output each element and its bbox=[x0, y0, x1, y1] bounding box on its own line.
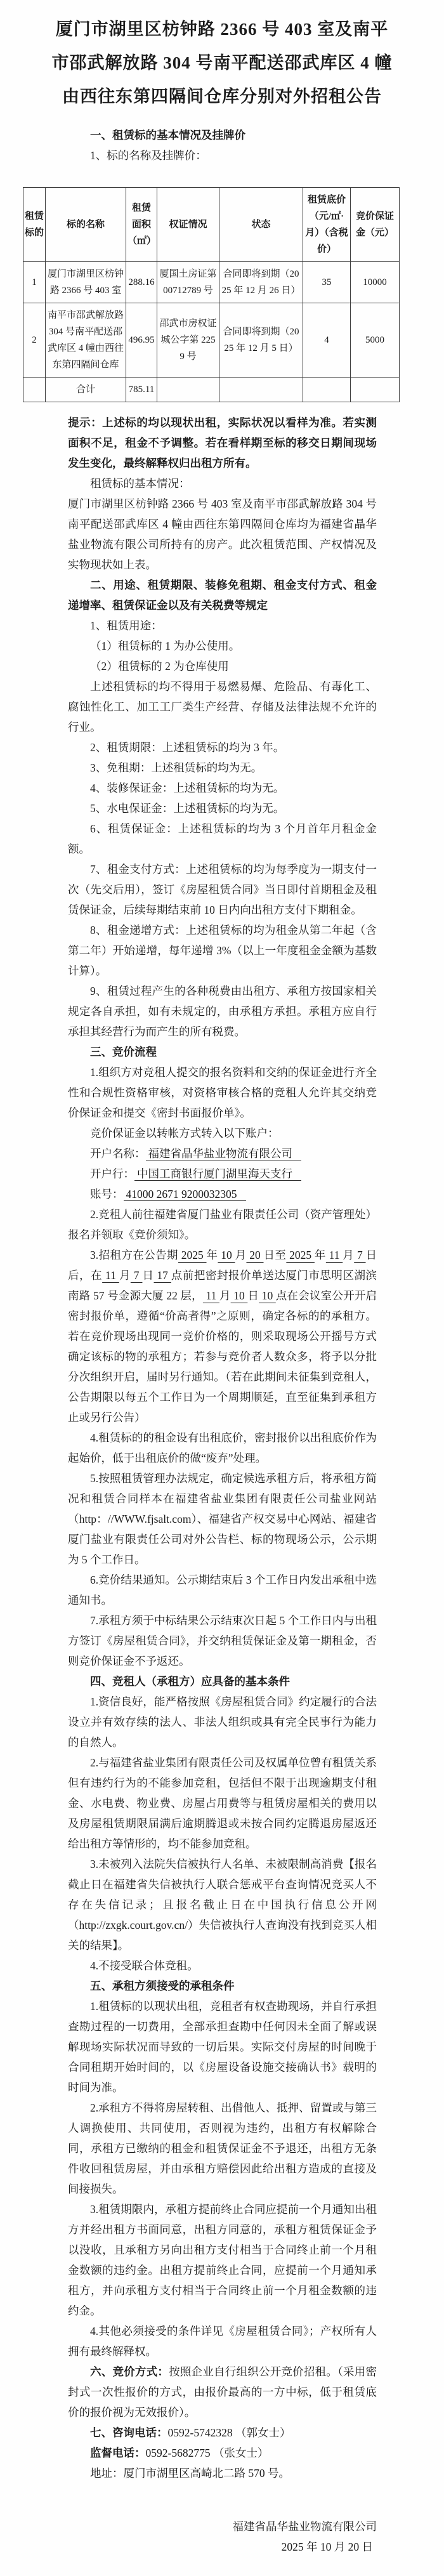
consult-phone-value: 0592-5742328 （郭女士） bbox=[168, 2426, 291, 2439]
para-qualification-review: 1.组织方对竞租人提交的报名资料和交纳的保证金进行齐全性和合规性资格审核，对资格… bbox=[68, 1062, 377, 1123]
section-5-heading: 五、承租方须接受的承租条件 bbox=[68, 1976, 377, 1996]
section-4-heading: 四、竞租人（承租方）应具备的基本条件 bbox=[68, 1671, 377, 1692]
cell-certificate: 邵武市房权证城公字第 2259 号 bbox=[157, 303, 219, 378]
para-lease-term: 2、租赁期限：上述租赁标的均为 3 年。 bbox=[68, 737, 377, 758]
para-breach-exclusion: 2.与福建省盐业集团有限责任公司及权属单位曾有租赁关系但有违约行为的不能参加竞租… bbox=[68, 1752, 377, 1854]
cell-base-rent: 35 bbox=[303, 262, 351, 303]
col-header-bid-deposit: 竞价保证金（元） bbox=[351, 188, 400, 262]
cell-target-no: 1 bbox=[23, 262, 46, 303]
col-header-target-name: 标的名称 bbox=[46, 188, 126, 262]
text-segment: 月 bbox=[219, 1289, 231, 1302]
col-header-status: 状态 bbox=[219, 188, 303, 262]
cell-empty bbox=[157, 378, 219, 402]
section-3-heading: 三、竞价流程 bbox=[68, 1042, 377, 1062]
col-header-base-rent: 租赁底价（元/㎡·月）（含税价） bbox=[303, 188, 351, 262]
table-header-row: 租赁标的 标的名称 租赁面积（㎡） 权证情况 状态 租赁底价（元/㎡·月）（含税… bbox=[23, 188, 400, 262]
para-announcement-period: 3.招租方在公告期 2025 年 10 月 20 日至 2025 年 11 月 … bbox=[68, 1245, 377, 1428]
section-1-heading: 一、租赁标的基本情况及挂牌价 bbox=[68, 125, 377, 145]
underlined-value: 10 bbox=[259, 1289, 276, 1302]
section-2-heading: 二、用途、租赁期限、装修免租期、租金支付方式、租金递增率、租赁保证金以及有关税费… bbox=[68, 575, 377, 615]
supervise-phone-value: 0592-5682775 （张女士） bbox=[146, 2447, 269, 2459]
table-row-target-1: 1 厦门市湖里区枋钟路 2366 号 403 室 288.16 厦国土房证第 0… bbox=[23, 262, 400, 303]
signature-date: 2025 年 10 月 20 日 bbox=[68, 2537, 377, 2557]
para-credit-requirement: 1.资信良好，能严格按照《房屋租赁合同》约定履行的合法设立并有效存续的法人、非法… bbox=[68, 1692, 377, 1752]
para-rent-free-period: 3、免租期：上述租赁标的均为无。 bbox=[68, 758, 377, 778]
address-value: 厦门市湖里区高崎北二路 570 号。 bbox=[124, 2467, 291, 2480]
announcement-document: 厦门市湖里区枋钟路 2366 号 403 室及南平 市邵武解放路 304 号南平… bbox=[0, 0, 444, 2576]
underlined-value: 7 bbox=[131, 1269, 143, 1282]
text-segment: 点在会议室公开开启密封报价单，遵循“价高者得”之原则，确定各标的的承租方。若在竞… bbox=[68, 1289, 377, 1424]
notice-paragraph: 提示：上述标的均以现状出租，实际状况以看样为准。若实测面积不足，租金不予调整。若… bbox=[68, 412, 377, 473]
basic-info-paragraph: 厦门市湖里区枋钟路 2366 号 403 室及南平市邵武解放路 304 号南平配… bbox=[68, 494, 377, 575]
cell-target-no: 2 bbox=[23, 303, 46, 378]
para-taxes: 9、租赁过程产生的各种税费由出租方、承租方按国家相关规定各自承担，如有未规定的，… bbox=[68, 981, 377, 1042]
cell-bid-deposit: 5000 bbox=[351, 303, 400, 378]
text-segment: 月 bbox=[235, 1249, 247, 1261]
para-use-target-1: （1）租赁标的 1 为办公使用。 bbox=[68, 636, 377, 656]
underlined-value: 20 bbox=[246, 1249, 263, 1261]
document-title: 厦门市湖里区枋钟路 2366 号 403 室及南平 市邵武解放路 304 号南平… bbox=[0, 13, 444, 114]
cell-status: 合同即将到期（2025 年 12 月 5 日） bbox=[219, 303, 303, 378]
account-name-line: 开户名称：福建省晶华盐业物流有限公司 bbox=[68, 1143, 377, 1164]
para-rent-payment: 7、租金支付方式：上述租赁标的均为每季度为一期支付一次（先交后用），签订《房屋租… bbox=[68, 859, 377, 920]
basic-info-label: 租赁标的基本情况： bbox=[68, 473, 377, 494]
table-row-target-2: 2 南平市邵武解放路 304 号南平配送邵武库区 4 幢由西往东第四隔间仓库 4… bbox=[23, 303, 400, 378]
cell-empty bbox=[219, 378, 303, 402]
para-rent-increase: 8、租金递增方式：上述租赁标的均为租金从第二年起（含第二年）开始递增，每年递增 … bbox=[68, 920, 377, 981]
supervise-phone-line: 监督电话：0592-5682775 （张女士） bbox=[68, 2443, 377, 2463]
table-row-total: 合计 785.11 bbox=[23, 378, 400, 402]
cell-total-label: 合计 bbox=[46, 378, 126, 402]
cell-certificate: 厦国土房证第 00712789 号 bbox=[157, 262, 219, 303]
lease-targets-table: 租赁标的 标的名称 租赁面积（㎡） 权证情况 状态 租赁底价（元/㎡·月）（含税… bbox=[23, 187, 400, 402]
para-no-sublease: 2.承租方不得将房屋转租、出借他人、抵押、留置或与第三人调换使用、共同使用，否则… bbox=[68, 2098, 377, 2199]
cell-total-area: 785.11 bbox=[126, 378, 157, 402]
para-no-consortium: 4.不接受联合体竞租。 bbox=[68, 1955, 377, 1976]
consult-phone-line: 七、咨询电话：0592-5742328 （郭女士） bbox=[68, 2422, 377, 2443]
section-6-paragraph: 六、竞价方式：按照企业自行组织公开竞价招租。（采用密封式一次性报价的方式，由报价… bbox=[68, 2362, 377, 2422]
account-name-label: 开户名称： bbox=[90, 1147, 146, 1160]
bank-label: 开户行： bbox=[90, 1167, 134, 1180]
text-segment: 年 bbox=[207, 1249, 218, 1261]
underlined-value: 10 bbox=[218, 1249, 235, 1261]
underlined-value: 11 bbox=[102, 1269, 119, 1282]
cell-status: 合同即将到期（2025 年 12 月 26 日） bbox=[219, 262, 303, 303]
consult-phone-label: 七、咨询电话： bbox=[90, 2426, 168, 2439]
title-line-1: 厦门市湖里区枋钟路 2366 号 403 室及南平 bbox=[0, 13, 444, 46]
section-1-sub-heading: 1、标的名称及挂牌价： bbox=[68, 145, 377, 166]
account-name-value: 福建省晶华盐业物流有限公司 bbox=[146, 1147, 302, 1160]
underlined-value: 2025 bbox=[178, 1249, 207, 1261]
underlined-value: 7 bbox=[354, 1249, 365, 1261]
address-label: 地址： bbox=[90, 2467, 124, 2480]
cell-empty bbox=[23, 378, 46, 402]
cell-target-name: 厦门市湖里区枋钟路 2366 号 403 室 bbox=[46, 262, 126, 303]
text-segment: 月 bbox=[343, 1249, 354, 1261]
underlined-value: 11 bbox=[326, 1249, 343, 1261]
text-segment: 年 bbox=[315, 1249, 326, 1261]
para-contract-signing: 7.承租方须于中标结果公示结束次日起 5 个工作日内与出租方签订《房屋租赁合同》… bbox=[68, 1610, 377, 1671]
title-line-3: 由西往东第四隔间仓库分别对外招租公告 bbox=[0, 80, 444, 114]
cell-area: 496.95 bbox=[126, 303, 157, 378]
underlined-value: 17 bbox=[154, 1269, 171, 1282]
para-use-restrictions: 上述租赁标的均不得用于易燃易爆、危险品、有毒化工、腐蚀性化工、加工工厂类生产经营… bbox=[68, 676, 377, 737]
para-early-termination: 3.租赁期限内，承租方提前终止合同应提前一个月通知出租方并经出租方书面同意，出租… bbox=[68, 2199, 377, 2321]
para-lease-use: 1、租赁用途： bbox=[68, 615, 377, 636]
cell-bid-deposit: 10000 bbox=[351, 262, 400, 303]
text-segment: 3.招租方在公告期 bbox=[90, 1249, 178, 1261]
document-body: 一、租赁标的基本情况及挂牌价 1、标的名称及挂牌价： 租赁标的 标的名称 租赁面… bbox=[68, 125, 377, 2557]
col-header-certificate: 权证情况 bbox=[157, 188, 219, 262]
signature-company: 福建省晶华盐业物流有限公司 bbox=[68, 2516, 377, 2537]
para-base-price-rule: 4.租赁标的的租金设有出租底价，密封报价以出租底价作为起始价，低于出租底价的做“… bbox=[68, 1428, 377, 1468]
account-number-value: 41000 2671 9200032305 bbox=[124, 1188, 246, 1201]
supervise-phone-label: 监督电话： bbox=[90, 2447, 146, 2459]
text-segment: 日 bbox=[247, 1289, 259, 1302]
cell-empty bbox=[351, 378, 400, 402]
para-use-target-2: （2）租赁标的 2 为仓库使用 bbox=[68, 656, 377, 676]
para-lease-deposit: 6、租赁保证金：上述租赁标的均为 3 个月首年月租金金额。 bbox=[68, 818, 377, 859]
section-6-label: 六、竞价方式： bbox=[90, 2365, 169, 2378]
para-publicity: 5.按照租赁管理办法规定，确定候选承租方后，将承租方简况和租赁合同样本在福建省盐… bbox=[68, 1468, 377, 1570]
cell-area: 288.16 bbox=[126, 262, 157, 303]
cell-target-name: 南平市邵武解放路 304 号南平配送邵武库区 4 幢由西往东第四隔间仓库 bbox=[46, 303, 126, 378]
address-line: 地址：厦门市湖里区高崎北二路 570 号。 bbox=[68, 2463, 377, 2483]
para-other-conditions: 4.其他必须接受的条件详见《房屋租赁合同》；产权所有人拥有最终解释权。 bbox=[68, 2321, 377, 2362]
para-dishonesty-check: 3.未被列入法院失信被执行人名单、未被限制高消费【报名截止日在福建省失信被执行人… bbox=[68, 1854, 377, 1955]
underlined-value: 2025 bbox=[286, 1249, 315, 1261]
para-result-notice: 6.竞价结果通知。公示期结束后 3 个工作日内发出承租中选通知书。 bbox=[68, 1570, 377, 1610]
cell-empty bbox=[303, 378, 351, 402]
para-deposit-transfer: 竞价保证金以转帐方式转入以下账户： bbox=[68, 1123, 377, 1143]
underlined-value: 10 bbox=[231, 1289, 248, 1302]
bank-value: 中国工商银行厦门湖里海天支行 bbox=[134, 1167, 301, 1181]
para-renovation-deposit: 4、装修保证金：上述租赁标的均为无。 bbox=[68, 778, 377, 798]
para-registration: 2.竞租人前往福建省厦门盐业有限责任公司（资产管理处）报名并领取《竞价须知》。 bbox=[68, 1204, 377, 1245]
cell-base-rent: 4 bbox=[303, 303, 351, 378]
text-segment: 日 bbox=[142, 1269, 153, 1282]
bank-line: 开户行：中国工商银行厦门湖里海天支行 bbox=[68, 1164, 377, 1184]
col-header-target-no: 租赁标的 bbox=[23, 188, 46, 262]
account-number-label: 账号： bbox=[90, 1188, 124, 1200]
col-header-area: 租赁面积（㎡） bbox=[126, 188, 157, 262]
para-as-is-condition: 1.租赁标的以现状出租，竞租者有权查勘现场，并自行承担查勘过程的一切费用，全部承… bbox=[68, 1996, 377, 2098]
underlined-value: 11 bbox=[203, 1289, 219, 1302]
title-line-2: 市邵武解放路 304 号南平配送邵武库区 4 幢 bbox=[0, 46, 444, 80]
text-segment: 月 bbox=[119, 1269, 131, 1282]
para-utility-deposit: 5、水电保证金：上述租赁标的均为无。 bbox=[68, 798, 377, 818]
account-number-line: 账号：41000 2671 9200032305 bbox=[68, 1184, 377, 1204]
text-segment: 日至 bbox=[264, 1249, 287, 1261]
